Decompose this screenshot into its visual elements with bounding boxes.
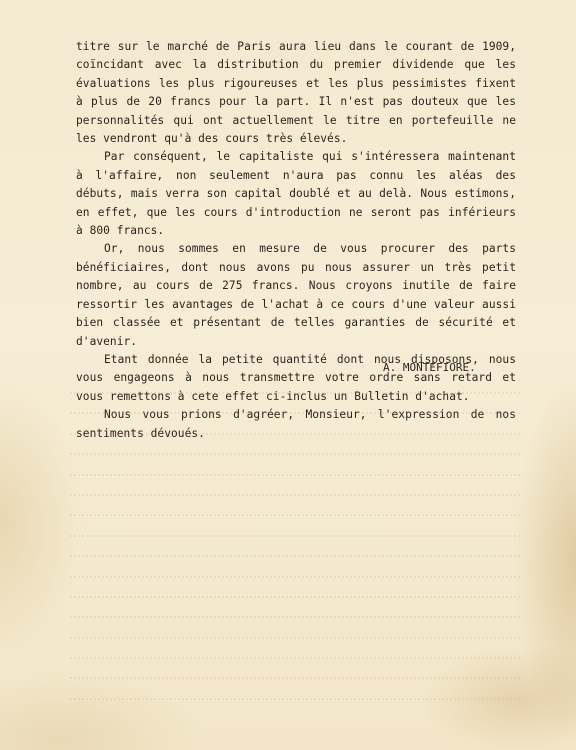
signature: A. MONTEFIORE. (383, 361, 476, 374)
paragraph-1: titre sur le marché de Paris aura lieu d… (76, 38, 516, 148)
bleed-through-texture (70, 392, 520, 692)
paragraph-2: Par conséquent, le capitaliste qui s'int… (76, 148, 516, 240)
paragraph-3: Or, nous sommes en mesure de vous procur… (76, 240, 516, 350)
document-page: titre sur le marché de Paris aura lieu d… (0, 0, 576, 750)
letter-body: titre sur le marché de Paris aura lieu d… (76, 38, 516, 443)
